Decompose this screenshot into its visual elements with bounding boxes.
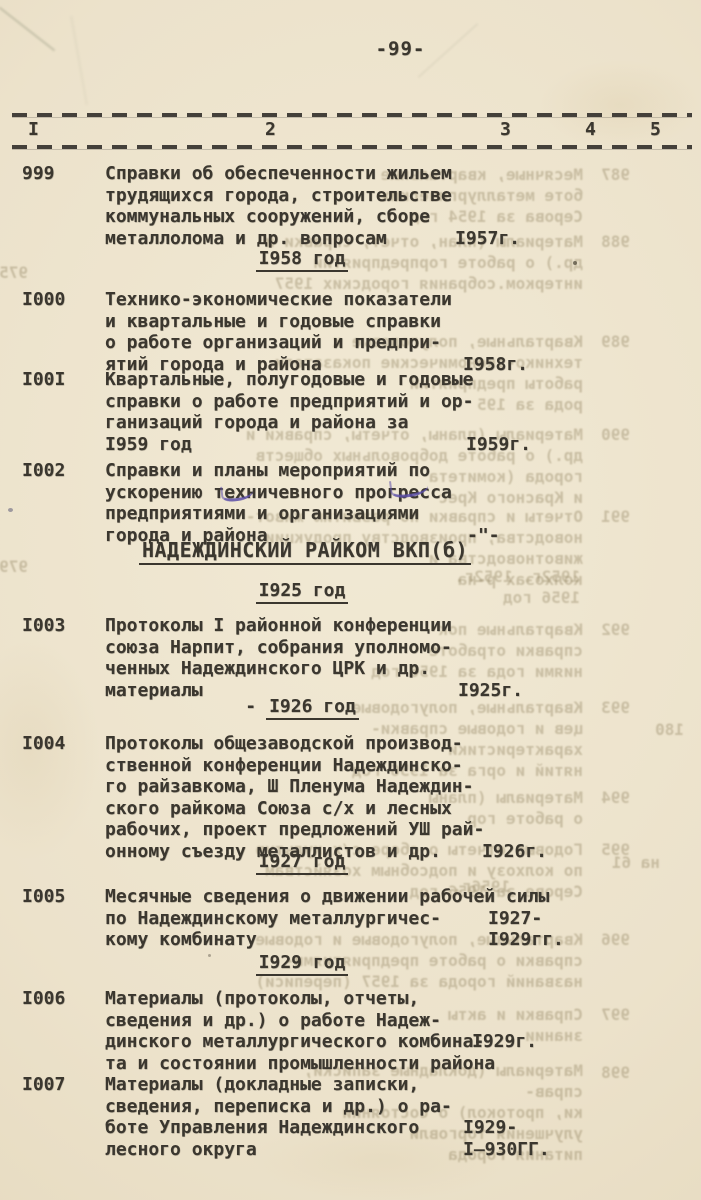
- entry-description-line: Материалы (протоколы, отчеты,: [105, 988, 455, 1010]
- entry-date-line: I929-: [463, 1117, 662, 1139]
- ink-speck: [8, 508, 13, 512]
- entry-date-line: I929гг.: [488, 929, 662, 951]
- entry-date: I959г.: [466, 369, 662, 455]
- entry-row: I007Материалы (докладные записки,сведени…: [22, 1074, 662, 1160]
- entry-description-line: сведения и др.) о работе Надеж-: [105, 1010, 455, 1032]
- entry-date: -"-: [467, 460, 662, 546]
- entry-description-line: Справки об обеспеченности жильем: [105, 163, 455, 185]
- entry-description-line: Материалы (докладные записки,: [105, 1074, 455, 1096]
- entry-description: Технико-экономические показателии кварта…: [105, 289, 455, 375]
- entry-description-line: и квартальные и годовые справки: [105, 311, 455, 333]
- entry-date: I925г.: [458, 615, 662, 701]
- entry-description-line: сведения, переписка и др.) о ра-: [105, 1096, 455, 1118]
- entry-description-line: союза Нарпит, собрания уполномо-: [105, 637, 455, 659]
- entry-row: 999Справки об обеспеченности жильемтрудя…: [22, 163, 662, 249]
- entry-number: I005: [22, 886, 105, 908]
- entry-description: Материалы (докладные записки,сведения, п…: [105, 1074, 455, 1160]
- entry-description-line: справки о работе предприятий и ор-: [105, 391, 455, 413]
- entry-description-line: динского металлургического комбина-: [105, 1031, 455, 1053]
- scanned-archive-inventory-page: 987Месячные, квартальные боте металлурги…: [0, 0, 701, 1200]
- entry-row: I002Справки и планы мероприятий поускоре…: [22, 460, 662, 546]
- table-header-rule: [12, 145, 692, 149]
- column-header-5: 5: [650, 119, 661, 140]
- year-heading: I929 год: [127, 952, 477, 974]
- ink-speck: [208, 954, 211, 957]
- entry-description-line: Квартальные, полугодовые и годовые: [105, 369, 455, 391]
- entry-number: I007: [22, 1074, 105, 1096]
- section-heading: НАДЕЖДИНСКИЙ РАЙКОМ ВКП(б): [105, 540, 505, 562]
- entry-description-line: коммунальных сооружений, сборе: [105, 206, 455, 228]
- page-number-label: -99-: [376, 38, 426, 60]
- entry-number: I00I: [22, 369, 105, 391]
- entry-description-line: лесного округа: [105, 1139, 455, 1161]
- entry-description-line: Справки и планы мероприятий по: [105, 460, 455, 482]
- entry-date-line: I926г.: [482, 841, 662, 863]
- entry-date: I958г.: [463, 289, 662, 375]
- year-heading-dash: -: [245, 696, 256, 717]
- entry-description: Справки об обеспеченности жильемтрудящих…: [105, 163, 455, 249]
- entry-row: I000Технико-экономические показателии кв…: [22, 289, 662, 375]
- entry-description-line: по Надеждинскому металлургичес-: [105, 908, 455, 930]
- entry-date-line: I̶930ГГ.: [463, 1139, 662, 1161]
- bleedthrough-text: 979: [0, 556, 28, 577]
- entry-description-line: ганизаций города и района за: [105, 412, 455, 434]
- year-heading-label: I925 год: [256, 580, 349, 604]
- entry-description-line: ченных Надеждинского ЦРК и др.: [105, 658, 455, 680]
- entry-number: I004: [22, 733, 105, 755]
- entry-number: 999: [22, 163, 105, 185]
- entry-description-line: рабочих, проект предложений УШ рай-: [105, 819, 455, 841]
- year-heading-label: I958 год: [256, 248, 349, 272]
- entry-description-line: Протоколы I районной конференции: [105, 615, 455, 637]
- entry-date-line: I959г.: [466, 434, 662, 456]
- entry-date: I927-I929гг.: [488, 886, 662, 951]
- entry-description-line: Месячные сведения о движении рабочей сил…: [105, 886, 455, 908]
- entry-description-line: Протоколы общезаводской производ-: [105, 733, 455, 755]
- ink-speck: [573, 261, 577, 265]
- entry-description: Квартальные, полугодовые и годовыесправк…: [105, 369, 455, 455]
- entry-date: I929г.: [472, 988, 662, 1074]
- bleedthrough-text: 975: [0, 262, 28, 283]
- entry-number: I002: [22, 460, 105, 482]
- entry-date-line: I929г.: [472, 1031, 662, 1053]
- entry-description-line: I959 год: [105, 434, 455, 456]
- entry-row: I006Материалы (протоколы, отчеты,сведени…: [22, 988, 662, 1074]
- paper-stain: [540, 60, 700, 150]
- entry-description-line: о работе организаций и предпри-: [105, 332, 455, 354]
- entry-description: Протоколы I районной конференциисоюза На…: [105, 615, 455, 701]
- year-heading-label: I927 год: [256, 851, 349, 875]
- entry-number: I003: [22, 615, 105, 637]
- entry-date-line: I925г.: [458, 680, 662, 702]
- entry-description-line: ственной конференции Надеждинско-: [105, 755, 455, 777]
- column-header-4: 4: [585, 119, 596, 140]
- entry-row: I00IКвартальные, полугодовые и годовыесп…: [22, 369, 662, 455]
- column-header-2: 2: [265, 119, 276, 140]
- column-header-3: 3: [500, 119, 511, 140]
- entry-description-line: трудящихся города, строительстве: [105, 185, 455, 207]
- section-heading-label: НАДЕЖДИНСКИЙ РАЙКОМ ВКП(б): [139, 538, 471, 565]
- entry-date-line: I957г.: [455, 228, 662, 250]
- year-heading: I958 год: [127, 248, 477, 270]
- entry-row: I003Протоколы I районной конференциисоюз…: [22, 615, 662, 701]
- entry-description: Справки и планы мероприятий поускорению …: [105, 460, 455, 546]
- entry-description-line: та и состоянии промышленности района: [105, 1053, 455, 1075]
- year-heading-label: I929 год: [256, 952, 349, 976]
- entry-number: I000: [22, 289, 105, 311]
- year-heading: I927 год: [127, 851, 477, 873]
- entry-description: Протоколы общезаводской производ-ственно…: [105, 733, 455, 862]
- year-heading: -I926 год: [127, 696, 477, 718]
- entry-row: I005Месячные сведения о движении рабочей…: [22, 886, 662, 951]
- column-header-1: I: [28, 119, 39, 140]
- entry-description-line: боте Управления Надеждинского: [105, 1117, 455, 1139]
- entry-date: I957г.: [455, 163, 662, 249]
- table-top-rule: [12, 113, 692, 117]
- entry-description-line: металлолома и др. вопросам: [105, 228, 455, 250]
- entry-date: I926г.: [482, 733, 662, 862]
- entry-description-line: предприятиями и организациями: [105, 503, 455, 525]
- entry-description: Материалы (протоколы, отчеты,сведения и …: [105, 988, 455, 1074]
- entry-description-line: го райзавкома, Ш Пленума Надеждин-: [105, 776, 455, 798]
- entry-description-line: ского райкома Союза с/х и лесных: [105, 798, 455, 820]
- year-heading-label: I926 год: [266, 696, 359, 720]
- entry-date: I929-I̶930ГГ.: [463, 1074, 662, 1160]
- entry-number: I006: [22, 988, 105, 1010]
- page-number: -99-: [0, 38, 701, 60]
- paper-crease: [71, 16, 88, 105]
- entry-description-line: Технико-экономические показатели: [105, 289, 455, 311]
- entry-date-line: I927-: [488, 908, 662, 930]
- entry-row: I004Протоколы общезаводской производ-ств…: [22, 733, 662, 862]
- year-heading: I925 год: [127, 580, 477, 602]
- entry-description: Месячные сведения о движении рабочей сил…: [105, 886, 455, 951]
- entry-description-line: кому комбинату: [105, 929, 455, 951]
